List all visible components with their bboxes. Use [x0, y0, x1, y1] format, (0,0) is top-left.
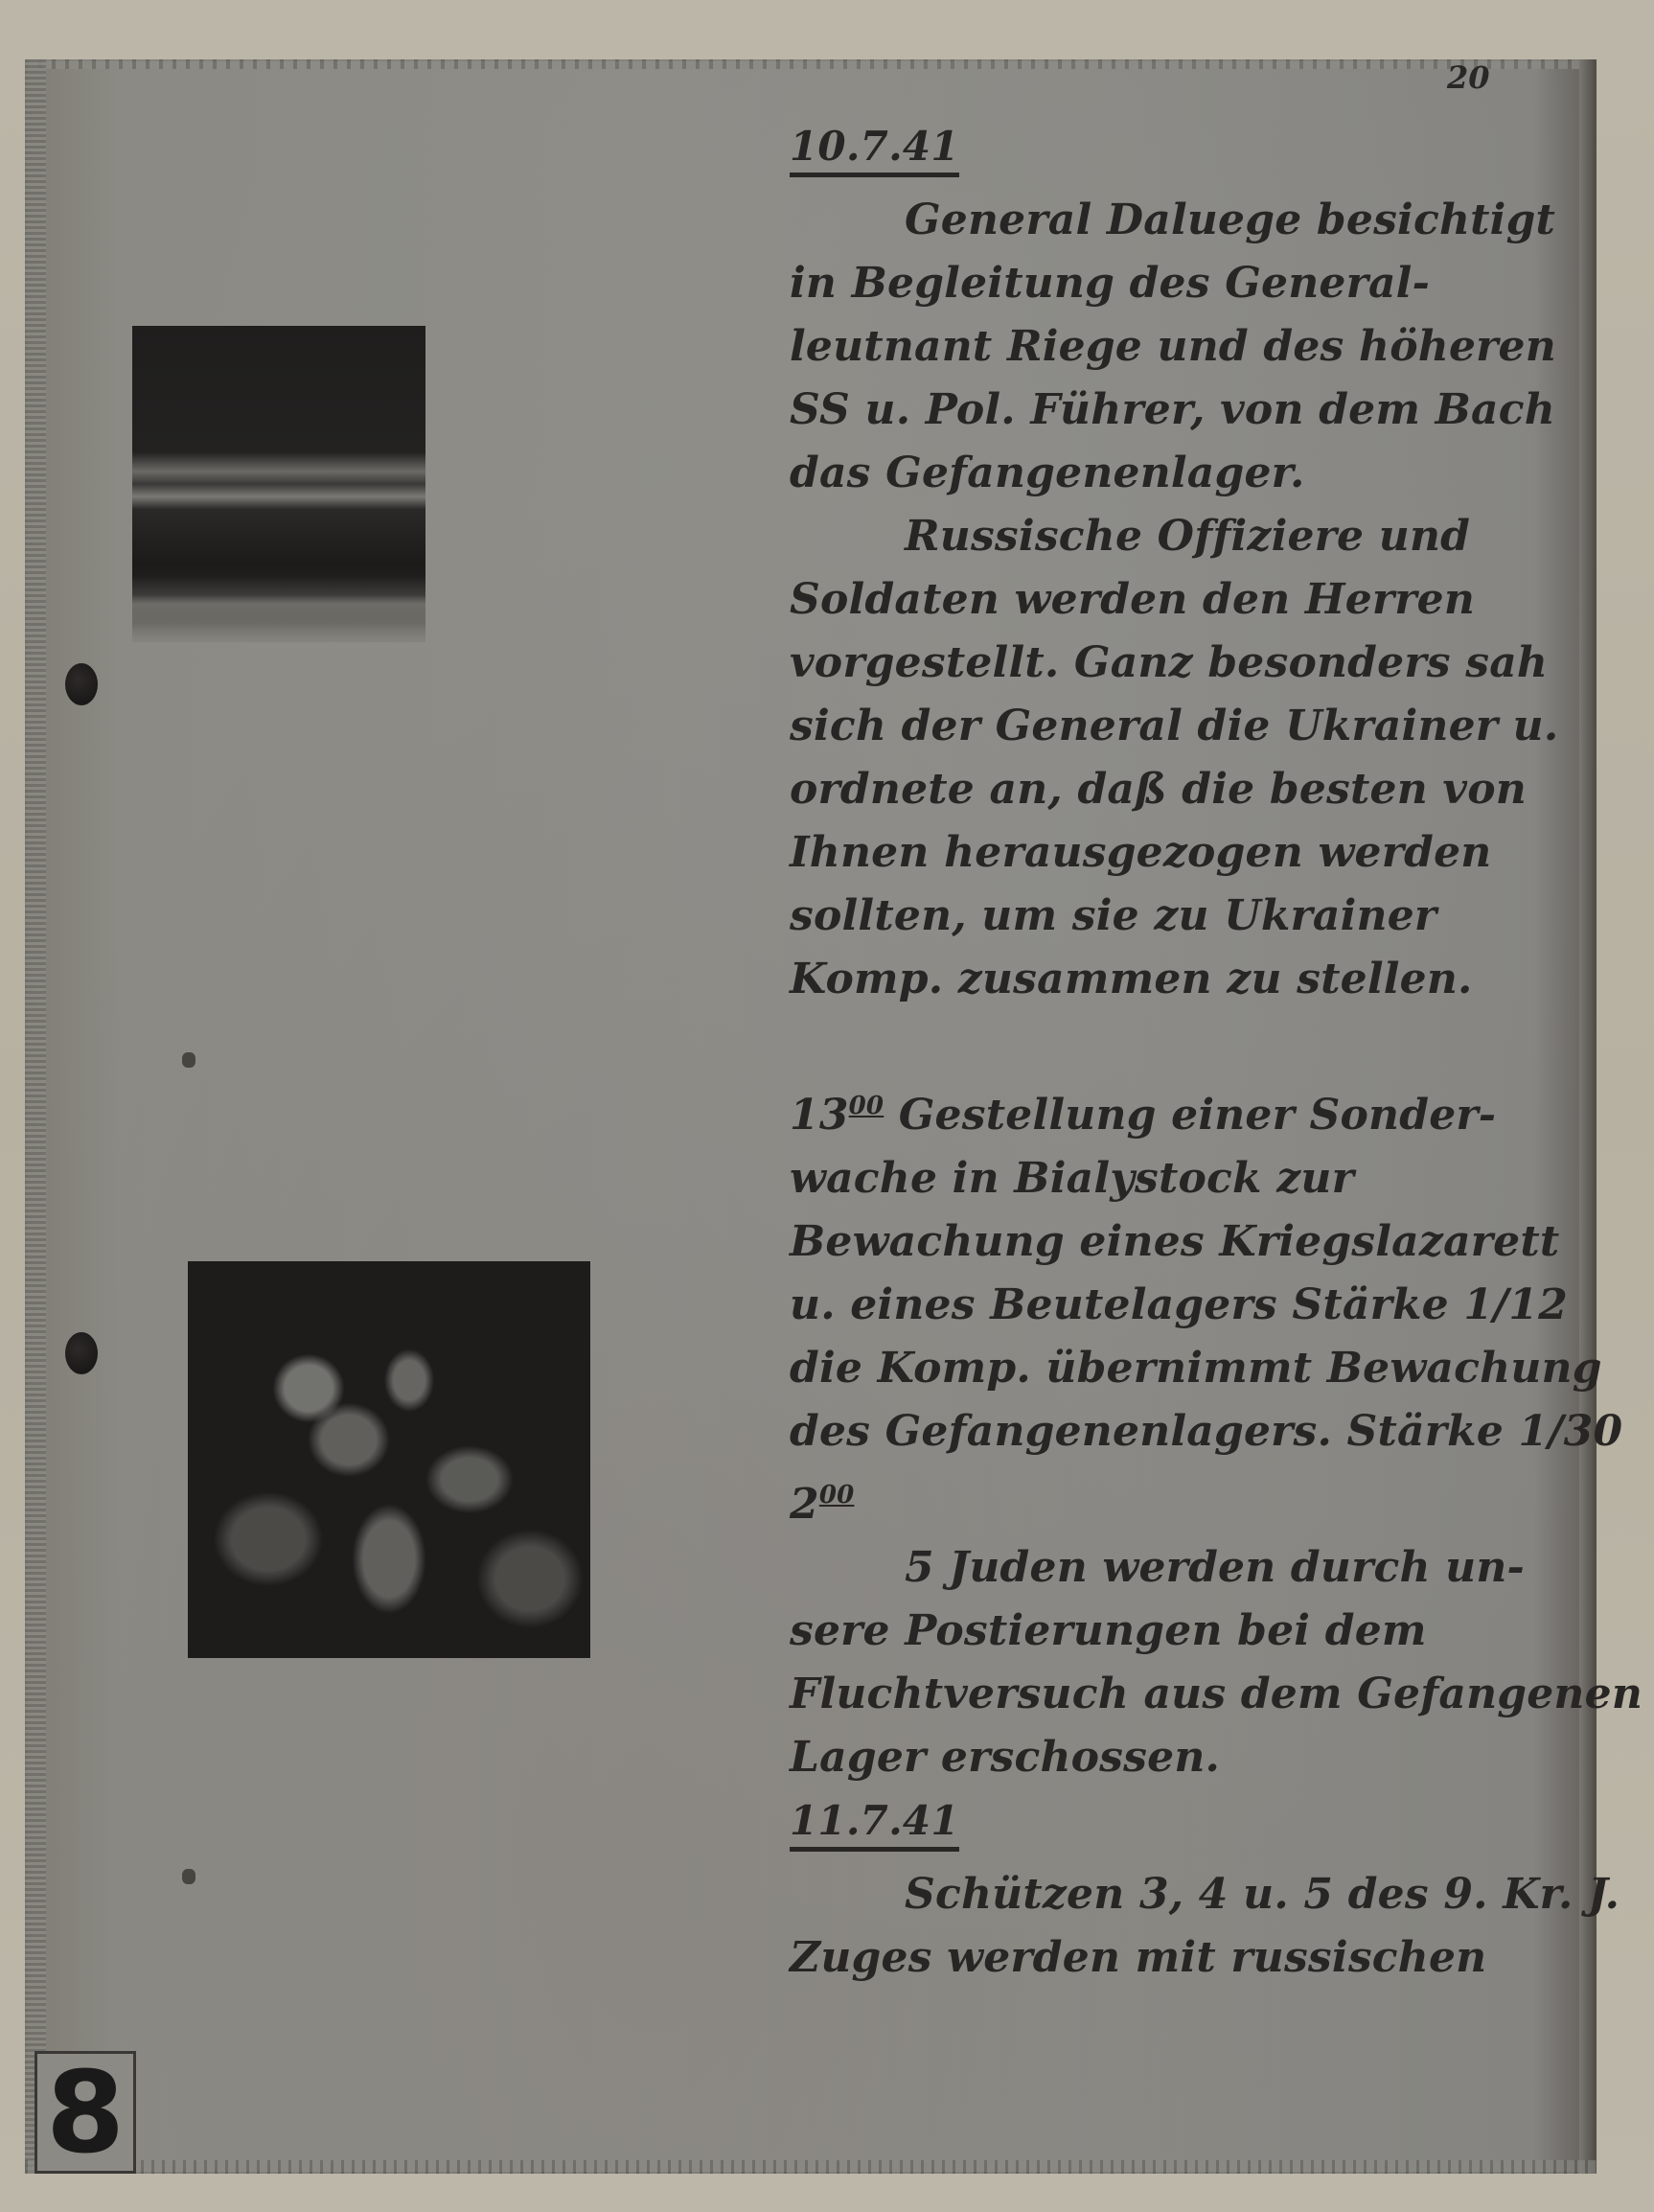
archive-corner-mark: 8: [34, 2051, 136, 2174]
text-line: sere Postierungen bei dem: [790, 1600, 1585, 1663]
text-line-with-time: 1300 Gestellung einer Sonder-: [790, 1074, 1585, 1147]
page-top-edge: [25, 59, 1597, 69]
text-line: vorgestellt. Ganz besonders sah: [790, 632, 1585, 695]
text-line: 5 Juden werden durch un-: [790, 1536, 1585, 1600]
text-line: u. eines Beutelagers Stärke 1/12: [790, 1274, 1585, 1337]
time-minutes: 00: [849, 1092, 884, 1120]
entry-date: 10.7.41: [790, 121, 959, 177]
text-line: wache in Bialystock zur: [790, 1147, 1585, 1210]
time-hour: 13: [790, 1091, 849, 1140]
punch-hole-top: [65, 663, 98, 705]
text-line: SS u. Pol. Führer, von dem Bach: [790, 379, 1585, 442]
text-line: Komp. zusammen zu stellen.: [790, 948, 1585, 1011]
photograph-top: [132, 326, 425, 642]
text-line: Soldaten werden den Herren: [790, 568, 1585, 632]
stain-speck: [182, 1052, 195, 1068]
text-line: sich der General die Ukrainer u.: [790, 695, 1585, 758]
text-line: Russische Offiziere und: [790, 505, 1585, 568]
text-line: leutnant Riege und des höheren: [790, 315, 1585, 379]
time-hour: 2: [790, 1480, 819, 1529]
text-line: Schützen 3, 4 u. 5 des 9. Kr. J.: [790, 1863, 1585, 1926]
text-line: Lager erschossen.: [790, 1726, 1585, 1789]
text-fragment: Gestellung einer Sonder-: [899, 1091, 1496, 1140]
time-minutes: 00: [819, 1481, 855, 1509]
text-line: Ihnen herausgezogen werden: [790, 821, 1585, 885]
handwritten-text: 10.7.41 General Daluege besichtigt in Be…: [790, 115, 1585, 1990]
text-line: Fluchtversuch aus dem Gefangenen: [790, 1663, 1585, 1726]
photograph-faded-edge: [132, 575, 425, 642]
text-line: ordnete an, daß die besten von: [790, 758, 1585, 821]
text-line: die Komp. übernimmt Bewachung: [790, 1337, 1585, 1400]
text-line: Bewachung eines Kriegslazarett: [790, 1210, 1585, 1274]
photograph-bottom: [188, 1261, 590, 1658]
punch-hole-bottom: [65, 1332, 98, 1374]
text-line: sollten, um sie zu Ukrainer: [790, 885, 1585, 948]
text-line: in Begleitung des General-: [790, 252, 1585, 315]
text-line: das Gefangenenlager.: [790, 442, 1585, 505]
text-line: des Gefangenenlagers. Stärke 1/30: [790, 1400, 1585, 1463]
time-marker: 200: [790, 1463, 1585, 1536]
page-number: 20: [1447, 59, 1490, 96]
page-bottom-edge: [25, 2160, 1597, 2174]
paragraph-gap: [790, 1011, 1585, 1074]
entry-date: 11.7.41: [790, 1795, 959, 1852]
stain-speck: [182, 1869, 195, 1884]
page-left-edge: [25, 59, 46, 2174]
text-line: General Daluege besichtigt: [790, 189, 1585, 252]
text-line: Zuges werden mit russischen: [790, 1926, 1585, 1990]
